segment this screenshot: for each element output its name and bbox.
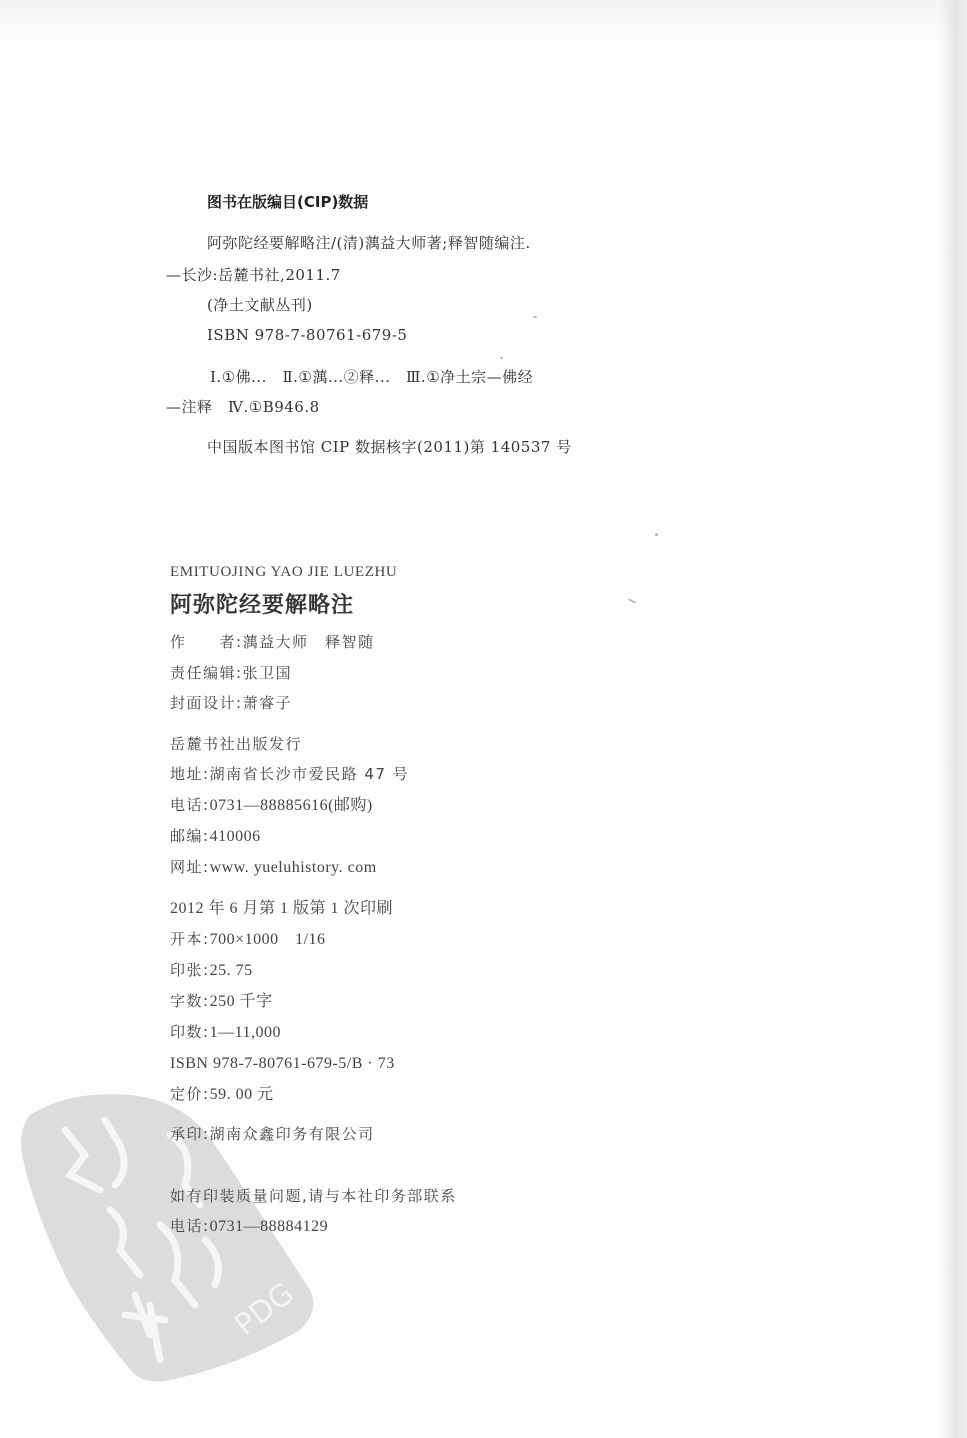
cover-design-row: 封面设计:萧睿子	[170, 696, 292, 711]
website-label: 网址:	[170, 858, 210, 876]
author-label: 作 者:	[170, 633, 243, 651]
print-run-value: 1—11,000	[210, 1024, 281, 1041]
quality-notice: 如有印装质量问题,请与本社印务部联系	[170, 1189, 457, 1204]
quality-phone-row: 电话:0731—88884129	[170, 1219, 328, 1235]
address-label: 地址:	[170, 765, 210, 783]
price-label: 定价:	[170, 1085, 210, 1103]
cip-line-isbn: ISBN 978-7-80761-679-5	[207, 328, 407, 343]
cover-design-value: 萧睿子	[243, 694, 293, 712]
printer-label: 承印:	[170, 1125, 210, 1143]
price-row: 定价:59. 00 元	[170, 1087, 274, 1103]
address-row: 地址:湖南省长沙市爱民路 47 号	[170, 767, 409, 782]
cip-line-record-number: 中国版本图书馆 CIP 数据核字(2011)第 140537 号	[207, 440, 572, 455]
postcode-value: 410006	[210, 828, 261, 845]
quality-phone-label: 电话:	[170, 1217, 210, 1235]
edition-text: 2012 年 6 月第 1 版第 1 次印刷	[170, 900, 393, 917]
cover-design-label: 封面设计:	[170, 694, 243, 712]
sheets-label: 印张:	[170, 961, 210, 979]
printer-value: 湖南众鑫印务有限公司	[210, 1125, 375, 1143]
postcode-label: 邮编:	[170, 827, 210, 845]
publisher-name: 岳麓书社出版发行	[170, 737, 302, 752]
author-value: 蕅益大师 释智随	[243, 633, 375, 651]
cip-line-publisher: —长沙:岳麓书社,2011.7	[166, 268, 341, 283]
word-count-label: 字数:	[170, 992, 210, 1010]
sheets-row: 印张:25. 75	[170, 963, 253, 979]
print-run-label: 印数:	[170, 1023, 210, 1041]
scan-speck	[628, 598, 636, 603]
book-title: 阿弥陀经要解略注	[170, 595, 354, 617]
scan-speck	[500, 357, 503, 359]
cip-line-classification: —注释 Ⅳ.①B946.8	[166, 400, 320, 415]
website-link[interactable]: www. yueluhistory. com	[210, 859, 377, 876]
address-value: 湖南省长沙市爱民路 47 号	[210, 765, 410, 783]
page-shadow-right	[939, 0, 967, 1438]
format-value: 700×1000 1/16	[210, 931, 326, 948]
page-shadow-top	[0, 0, 967, 40]
phone-value: 0731—88885616(邮购)	[210, 797, 373, 814]
sheets-value: 25. 75	[210, 962, 253, 979]
phone-row: 电话:0731—88885616(邮购)	[170, 798, 373, 814]
isbn-full: ISBN 978-7-80761-679-5/B · 73	[170, 1055, 395, 1072]
cip-heading: 图书在版编目(CIP)数据	[207, 195, 368, 210]
pinyin-title: EMITUOJING YAO JIE LUEZHU	[170, 565, 397, 580]
pdg-seal-watermark-icon: PDG	[10, 1075, 330, 1395]
cip-line-subjects: Ⅰ.①佛... Ⅱ.①蕅...②释... Ⅲ.①净土宗—佛经	[210, 370, 533, 385]
edition-info: 2012 年 6 月第 1 版第 1 次印刷	[170, 901, 393, 917]
scan-speck	[533, 316, 537, 318]
word-count-value: 250 千字	[210, 993, 273, 1010]
print-run-row: 印数:1—11,000	[170, 1025, 281, 1041]
format-row: 开本:700×1000 1/16	[170, 932, 326, 948]
format-label: 开本:	[170, 930, 210, 948]
website-row: 网址:www. yueluhistory. com	[170, 860, 377, 876]
word-count-row: 字数:250 千字	[170, 994, 273, 1010]
editor-value: 张卫国	[243, 664, 293, 682]
price-value: 59. 00 元	[210, 1086, 274, 1103]
scan-speck	[655, 533, 658, 536]
editor-label: 责任编辑:	[170, 664, 243, 682]
cip-line-title-author: 阿弥陀经要解略注/(清)蕅益大师著;释智随编注.	[207, 236, 531, 251]
author-row: 作 者:蕅益大师 释智随	[170, 635, 375, 650]
cip-line-series: (净土文献丛刊)	[207, 298, 313, 313]
quality-phone-value: 0731—88884129	[210, 1218, 329, 1235]
editor-row: 责任编辑:张卫国	[170, 666, 292, 681]
watermark-text: PDG	[228, 1276, 300, 1343]
isbn-full-row: ISBN 978-7-80761-679-5/B · 73	[170, 1056, 395, 1072]
phone-label: 电话:	[170, 796, 210, 814]
printer-row: 承印:湖南众鑫印务有限公司	[170, 1127, 375, 1142]
postcode-row: 邮编:410006	[170, 829, 261, 845]
